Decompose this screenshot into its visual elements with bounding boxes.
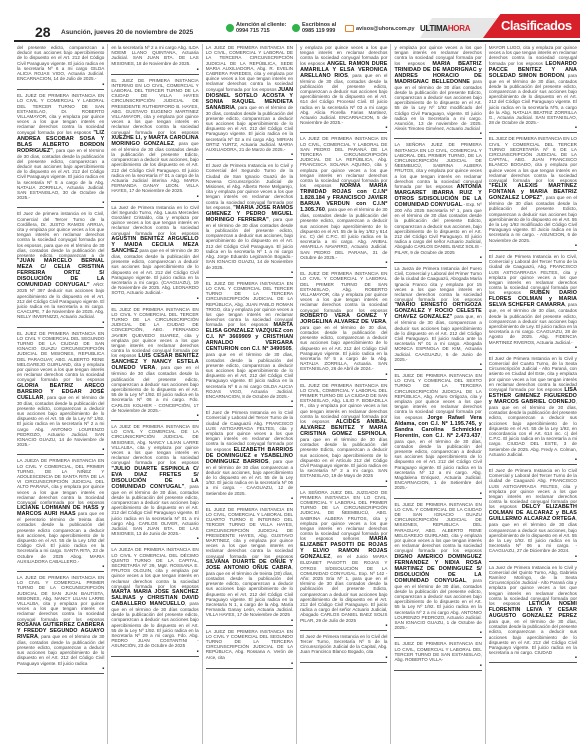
- page-number: 28: [35, 24, 51, 40]
- ad-code: ■: [489, 655, 577, 659]
- ad-body-cont: , para que, en el término de 30 días, co…: [489, 302, 577, 344]
- classified-ad: EL JUEZ DE PRIMERA INSTANCIA EN LO CIVIL…: [300, 382, 387, 487]
- ad-code: ■: [111, 194, 198, 198]
- ad-body-cont: , para que en el término de 30 días, con…: [300, 319, 387, 372]
- classified-ad: LA JUEZ DE PRIMERA INSTANCIA EN LO CIVIL…: [206, 628, 293, 669]
- ad-code: ■: [300, 623, 387, 627]
- classified-ad: LA JUEZA DE PRIMERA INSTANCIA EN LO CIVI…: [111, 546, 198, 656]
- ad-body: EL JUEZ DE PRIMERA INSTANCIA EN LO CIVIL…: [300, 383, 387, 424]
- ad-code: ■: [17, 320, 104, 324]
- classified-ad: El Juez de primera instancia en lo Civil…: [17, 210, 104, 327]
- ad-body-cont: , para que, en el término de 30 días, co…: [394, 433, 481, 491]
- ad-body-cont: , para que en el término de 30 días, con…: [489, 73, 577, 126]
- ad-body: LA SEÑORA JUEZ DEL JUZGADO DE PRIMERA IN…: [300, 490, 387, 542]
- column-5: y emplaza por quince veces a los que ten…: [391, 44, 485, 744]
- ad-code: ■: [17, 200, 104, 204]
- ad-body: EL JUEZ DE PRIMERA INSTANCIA EN LO CIVIL…: [394, 641, 481, 662]
- ad-body: LA JUEZA DE PRIMERA INSTANCIA EN LO CIVI…: [111, 547, 198, 588]
- ad-code: ■: [206, 618, 293, 622]
- ad-body-cont: , para que en el término de 30 días, con…: [17, 395, 104, 448]
- ad-body-cont: , para que en el término de 30 días, con…: [17, 148, 104, 201]
- classified-ad: EL JUEZ DE PRIMERA INSTANCIA EN LO CIVIL…: [489, 135, 577, 250]
- ad-code: ■: [17, 447, 104, 451]
- section-title: Clasificados: [501, 18, 572, 33]
- column-1: del presente edicto, comparezcan a deduc…: [14, 44, 108, 744]
- ad-code: ■: [489, 554, 577, 558]
- ad-body: LA JUEZ DE PRIMERA INSTANCIA EN LO CIVIL…: [206, 45, 293, 92]
- ad-body: El Juez de Primera Instancia en lo Civil…: [489, 254, 577, 295]
- column-4: y emplaza por quince veces a los que ten…: [297, 44, 391, 744]
- classified-ad: El Juez de Primera Instancia en lo Civil…: [206, 162, 293, 277]
- ad-code: ■: [489, 345, 577, 349]
- ad-body: La Jueza de Primera Instancia del Fuero …: [394, 266, 481, 302]
- ad-body-cont: , para que en el término de 30 días, con…: [206, 346, 293, 399]
- classifieds-columns: del presente edicto, comparezcan a deduc…: [14, 44, 580, 744]
- ad-body-cont: , para que en el término de 30 días cont…: [300, 431, 387, 478]
- ad-body-cont: , para que en el término de treinta (30)…: [206, 565, 293, 618]
- ad-body-cont: , para que en el término de 30 días cont…: [111, 141, 198, 194]
- ad-body: del presente edicto, comparezcan a deduc…: [17, 45, 104, 81]
- classified-ad: EL JUEZ DE PRIMERA INSTANCIA EN LO CIVIL…: [206, 506, 293, 626]
- ad-code: ■: [489, 125, 577, 129]
- ad-code: ■: [111, 67, 198, 71]
- ad-body-cont: para que en el término de 30 días, conta…: [111, 248, 198, 295]
- classified-ad: El Juez de Primera Instancia en lo Civil…: [206, 409, 293, 504]
- classified-ad: La Juez de Primera Instancia en lo Civil…: [489, 564, 577, 664]
- ad-code: ■: [300, 372, 387, 376]
- ad-body-cont: , para que en el término de 30 días, con…: [489, 399, 577, 457]
- ad-body-cont: .- Exp. Nº 200 Año 2025 Secretaría Nº 1,…: [394, 202, 481, 255]
- ad-body: LA JUEZA DE PRIMERA INSTANCIA EN LO CIVI…: [17, 458, 104, 505]
- whatsapp-icon: [226, 24, 234, 32]
- ad-body: EL JUEZ DE PRIMERA INSTANCIA INTERINO EN…: [111, 78, 198, 135]
- classified-ad: LA JUEZ DE PRIMERA INSTANCIA EN LO CIVIL…: [111, 423, 198, 544]
- classified-ad: en la secretaría Nº 2 a mi cargo Abg. IL…: [111, 44, 198, 75]
- section-banner: Clasificados: [483, 14, 580, 38]
- ad-code: ■: [17, 82, 104, 86]
- classified-ad: EL JUEZ DE PRIMERA INSTANCIA EN LO CIVIL…: [206, 280, 293, 407]
- ad-code: ■: [206, 270, 293, 274]
- ad-code: ■: [394, 663, 481, 667]
- ad-code: ■: [300, 479, 387, 483]
- ad-parties: SILVANA DUARTE DE OÑUE Y JOSE ANTONIO OÑ…: [206, 559, 293, 571]
- column-3: LA JUEZ DE PRIMERA INSTANCIA EN LO CIVIL…: [203, 44, 297, 744]
- column-6: MAYOR LUGO, cita y emplaza por quince ve…: [486, 44, 580, 744]
- ad-code: ■: [111, 649, 198, 653]
- contact-phone: 0985 119 999: [302, 28, 335, 34]
- ad-code: ■: [206, 399, 293, 403]
- ad-body-cont: , en el Juicio MARIA ELIZABET PASOTTI DE…: [300, 554, 387, 622]
- ad-body-cont: , para que en el término de 30 días, con…: [300, 207, 387, 260]
- ad-code: ■: [394, 630, 481, 634]
- ad-code: ■: [17, 666, 104, 670]
- ad-code: ■: [300, 125, 387, 129]
- contact-email: avisos@uhora.com.py: [356, 26, 415, 32]
- ad-body: La Juez de Primera Instancia en lo Civil…: [111, 205, 198, 236]
- ad-body-cont: para que en el perentorio término de tre…: [17, 511, 104, 564]
- ad-code: ■: [17, 564, 104, 568]
- ad-body-cont: AÑO: 2025 Nº 397 deducir sus acciones ba…: [17, 282, 104, 319]
- classified-ad: El Juez de Primera Instancia en lo Civil…: [489, 355, 577, 465]
- ad-body: El Juez de Primera Instancia en lo Civil…: [300, 634, 387, 655]
- ad-body-cont: , para que en el término de 30 días, con…: [394, 578, 481, 631]
- classified-ad: y emplaza por quince veces a los que ten…: [300, 44, 387, 133]
- ad-body-cont: , para que en el término de 30 días, con…: [300, 73, 387, 126]
- ad-body-cont: para que, en el término de 30 días, comp…: [394, 314, 481, 361]
- classified-ad: LA JUEZA DE PRIMERA INSTANCIA EN LO CIVI…: [17, 457, 104, 572]
- classified-ad: EL JUEZ DE PRIMERA INSTANCIA EN LO CIVIL…: [394, 640, 481, 671]
- ad-body-cont: , para que en el término de 30 días, con…: [111, 484, 198, 537]
- write-us-contact[interactable]: Escribinos al0985 119 999: [292, 22, 336, 34]
- classified-ad: EL JUEZ DE PRIMERA INSTANCIA EN LO CIVIL…: [394, 501, 481, 639]
- column-2: en la secretaría Nº 2 a mi cargo Abg. IL…: [108, 44, 202, 744]
- ad-code: ■: [394, 362, 481, 366]
- ad-code: ■: [394, 131, 481, 135]
- ad-body-cont: , para que en el término de 30 días, con…: [206, 105, 293, 152]
- brand-part1: ULTIMA: [420, 24, 448, 33]
- brand-part2: HORA: [448, 24, 470, 33]
- ad-code: ■: [206, 152, 293, 156]
- classified-ad: LA JUEZ DE PRIMERA INSTANCIA EN LO CIVIL…: [300, 135, 387, 268]
- ad-body: El Juez de primera instancia en lo Civil…: [17, 211, 104, 258]
- classified-ad: EL JUEZ DE PRIMERA INSTANCIA EN LO CIVIL…: [17, 330, 104, 456]
- ad-body: EL JUEZ DE PRIMERA INSTANCIA EN LO CIVIL…: [17, 331, 104, 383]
- classified-ad: EL JUEZ DE PRIMERA INSTANCIA INTERINO EN…: [111, 77, 198, 202]
- ad-body: EL JUEZ DE PRIMERA INSTANCIA EN LO CIVIL…: [394, 502, 481, 554]
- ad-code: ■: [394, 491, 481, 495]
- email-contact[interactable]: avisos@uhora.com.py: [345, 25, 415, 32]
- classified-ad: El Juez de Primera Instancia en lo Civil…: [489, 253, 577, 353]
- classified-ad: EL JUEZ DE PRIMERA INSTANCIA EN LO CIVIL…: [300, 270, 387, 379]
- ad-code: ■: [300, 655, 387, 659]
- ad-code: ■: [300, 260, 387, 264]
- classified-ad: El Juez de Primera Instancia en lo Civil…: [489, 467, 577, 562]
- dateline: Asunción, jueves 20 de noviembre de 2025: [61, 29, 193, 36]
- contact-phone: 0994 715 715: [236, 28, 270, 34]
- brand-logo: ULTIMAHORA: [420, 24, 470, 33]
- ad-code: ■: [394, 255, 481, 259]
- header-rule: [14, 40, 580, 42]
- ad-body-cont: para que en el término de 30 días contad…: [394, 79, 481, 132]
- ad-body: LA JUEZ DE PRIMERA INSTANCIA EN LO CIVIL…: [17, 575, 104, 622]
- classified-ad: MAYOR LUGO, cita y emplaza por quince ve…: [489, 44, 577, 133]
- classified-ad: LA SEÑORA JUEZ DE PRIMERA INSTANCIA EN L…: [394, 141, 481, 262]
- whatsapp-icon: [292, 24, 300, 32]
- ad-body: La Juez de Primera Instancia en lo Civil…: [489, 565, 577, 606]
- ad-body-cont: , para que en el término de 30 días comp…: [489, 516, 577, 553]
- ad-code: ■: [206, 496, 293, 500]
- ad-code: ■: [111, 413, 198, 417]
- ad-body: EL JUEZ DE PRIMERA INSTANCIA EN LO CIVIL…: [394, 373, 481, 420]
- classified-ad: LA JUEZ DE PRIMERA INSTANCIA EN LO CIVIL…: [17, 574, 104, 674]
- ad-body: EL JUEZ DE PRIMERA INSTANCIA EN LO CIVIL…: [17, 93, 104, 134]
- ad-body: EL JUEZ DE PRIMERA INSTANCIA EN LO CIVIL…: [489, 136, 577, 183]
- ad-body: LA JUEZ DE PRIMERA INSTANCIA EN LO CIVIL…: [111, 424, 198, 465]
- classified-ad: El Juez de Primera Instancia en lo Civil…: [300, 633, 387, 664]
- ad-body: El Juez de Primera Instancia en lo Civil…: [206, 163, 293, 210]
- ad-body: EL JUEZ DE PRIMERA INSTANCIA EN LO CIVIL…: [111, 307, 198, 359]
- classified-ad: EL JUEZ DE PRIMERA INSTANCIA EN LO CIVIL…: [394, 372, 481, 499]
- ad-body: EL JUEZ DE PRIMERA INSTANCIA EN LO CIVIL…: [206, 507, 293, 559]
- email-icon: [345, 25, 354, 32]
- classified-ad: del presente edicto, comparezcan a deduc…: [17, 44, 104, 90]
- classified-ad: EL JUEZ DE PRIMERA INSTANCIA EN LO CIVIL…: [111, 306, 198, 421]
- ad-body: EL JUEZ DE PRIMERA INSTANCIA EN LO CIVIL…: [300, 271, 387, 312]
- ad-body: en la secretaría Nº 2 a mi cargo Abg. IL…: [111, 45, 198, 66]
- classified-ad: LA JUEZ DE PRIMERA INSTANCIA EN LO CIVIL…: [206, 44, 293, 160]
- classified-ad: EL JUEZ DE PRIMERA INSTANCIA EN LO CIVIL…: [17, 92, 104, 208]
- ad-code: ■: [206, 661, 293, 665]
- ad-code: ■: [489, 457, 577, 461]
- ad-body: LA SEÑORA JUEZ DE PRIMERA INSTANCIA EN L…: [394, 142, 481, 189]
- ad-body-cont: para que, en el término de 30 días, cont…: [489, 619, 577, 655]
- ad-body: El Juez de Primera Instancia en lo Civil…: [206, 410, 293, 451]
- ad-body: LA JUEZ DE PRIMERA INSTANCIA EN LO CIVIL…: [206, 629, 293, 660]
- ad-body: LA JUEZ DE PRIMERA INSTANCIA EN LO CIVIL…: [300, 136, 387, 188]
- ad-body: EL JUEZ DE PRIMERA INSTANCIA EN LO CIVIL…: [206, 281, 293, 328]
- ad-code: ■: [111, 296, 198, 300]
- classified-ad: La Jueza de Primera Instancia del Fuero …: [394, 265, 481, 370]
- ad-code: ■: [111, 536, 198, 540]
- ad-code: ■: [489, 243, 577, 247]
- ad-body-cont: , para que en el término de 30 días cont…: [206, 217, 293, 270]
- customer-service-contact[interactable]: Atención al cliente:0994 715 715: [226, 22, 286, 34]
- ad-body-cont: , para que en el término de 30 días cont…: [489, 195, 577, 242]
- ad-body-cont: , para que en el término de 30 días comp…: [206, 459, 293, 496]
- page-header: 28 Asunción, jueves 20 de noviembre de 2…: [0, 0, 580, 40]
- classified-ad: LA SEÑORA JUEZ DEL JUZGADO DE PRIMERA IN…: [300, 489, 387, 631]
- ad-body-cont: , para que en el término de 30 días cont…: [111, 601, 198, 648]
- ad-body-cont: , para que en el término de 30 días cont…: [111, 365, 198, 412]
- classified-ad: La Juez de Primera Instancia en lo Civil…: [111, 204, 198, 304]
- ad-parties: ROBERTO VERA GOMEZ Y JORGELINA ALVAREZ D…: [300, 313, 387, 325]
- classified-ad: y emplaza por quince veces a los que ten…: [394, 44, 481, 139]
- ad-body: El Juez de Primera Instancia en lo Civil…: [489, 468, 577, 509]
